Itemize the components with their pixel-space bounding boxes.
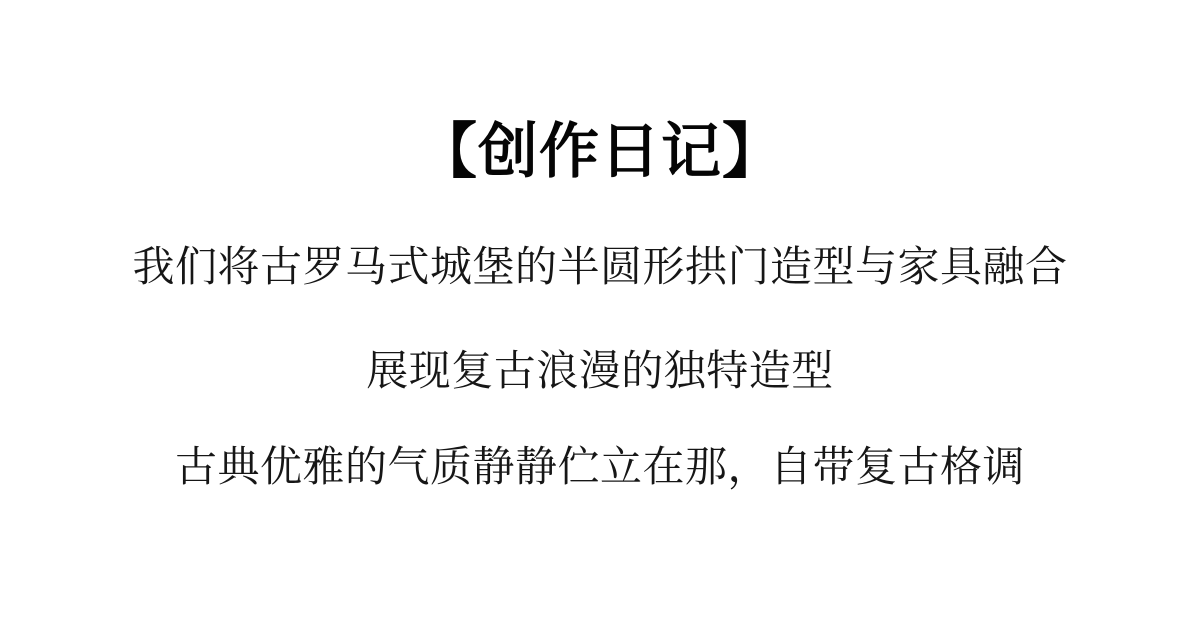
- creation-diary-page: 【创作日记】 我们将古罗马式城堡的半圆形拱门造型与家具融合 展现复古浪漫的独特造…: [0, 0, 1200, 627]
- paragraph-line-1: 我们将古罗马式城堡的半圆形拱门造型与家具融合: [0, 242, 1200, 292]
- page-title: 【创作日记】: [0, 116, 1200, 188]
- paragraph-line-3: 古典优雅的气质静静伫立在那，自带复古格调: [0, 442, 1200, 492]
- paragraph-line-2: 展现复古浪漫的独特造型: [0, 346, 1200, 396]
